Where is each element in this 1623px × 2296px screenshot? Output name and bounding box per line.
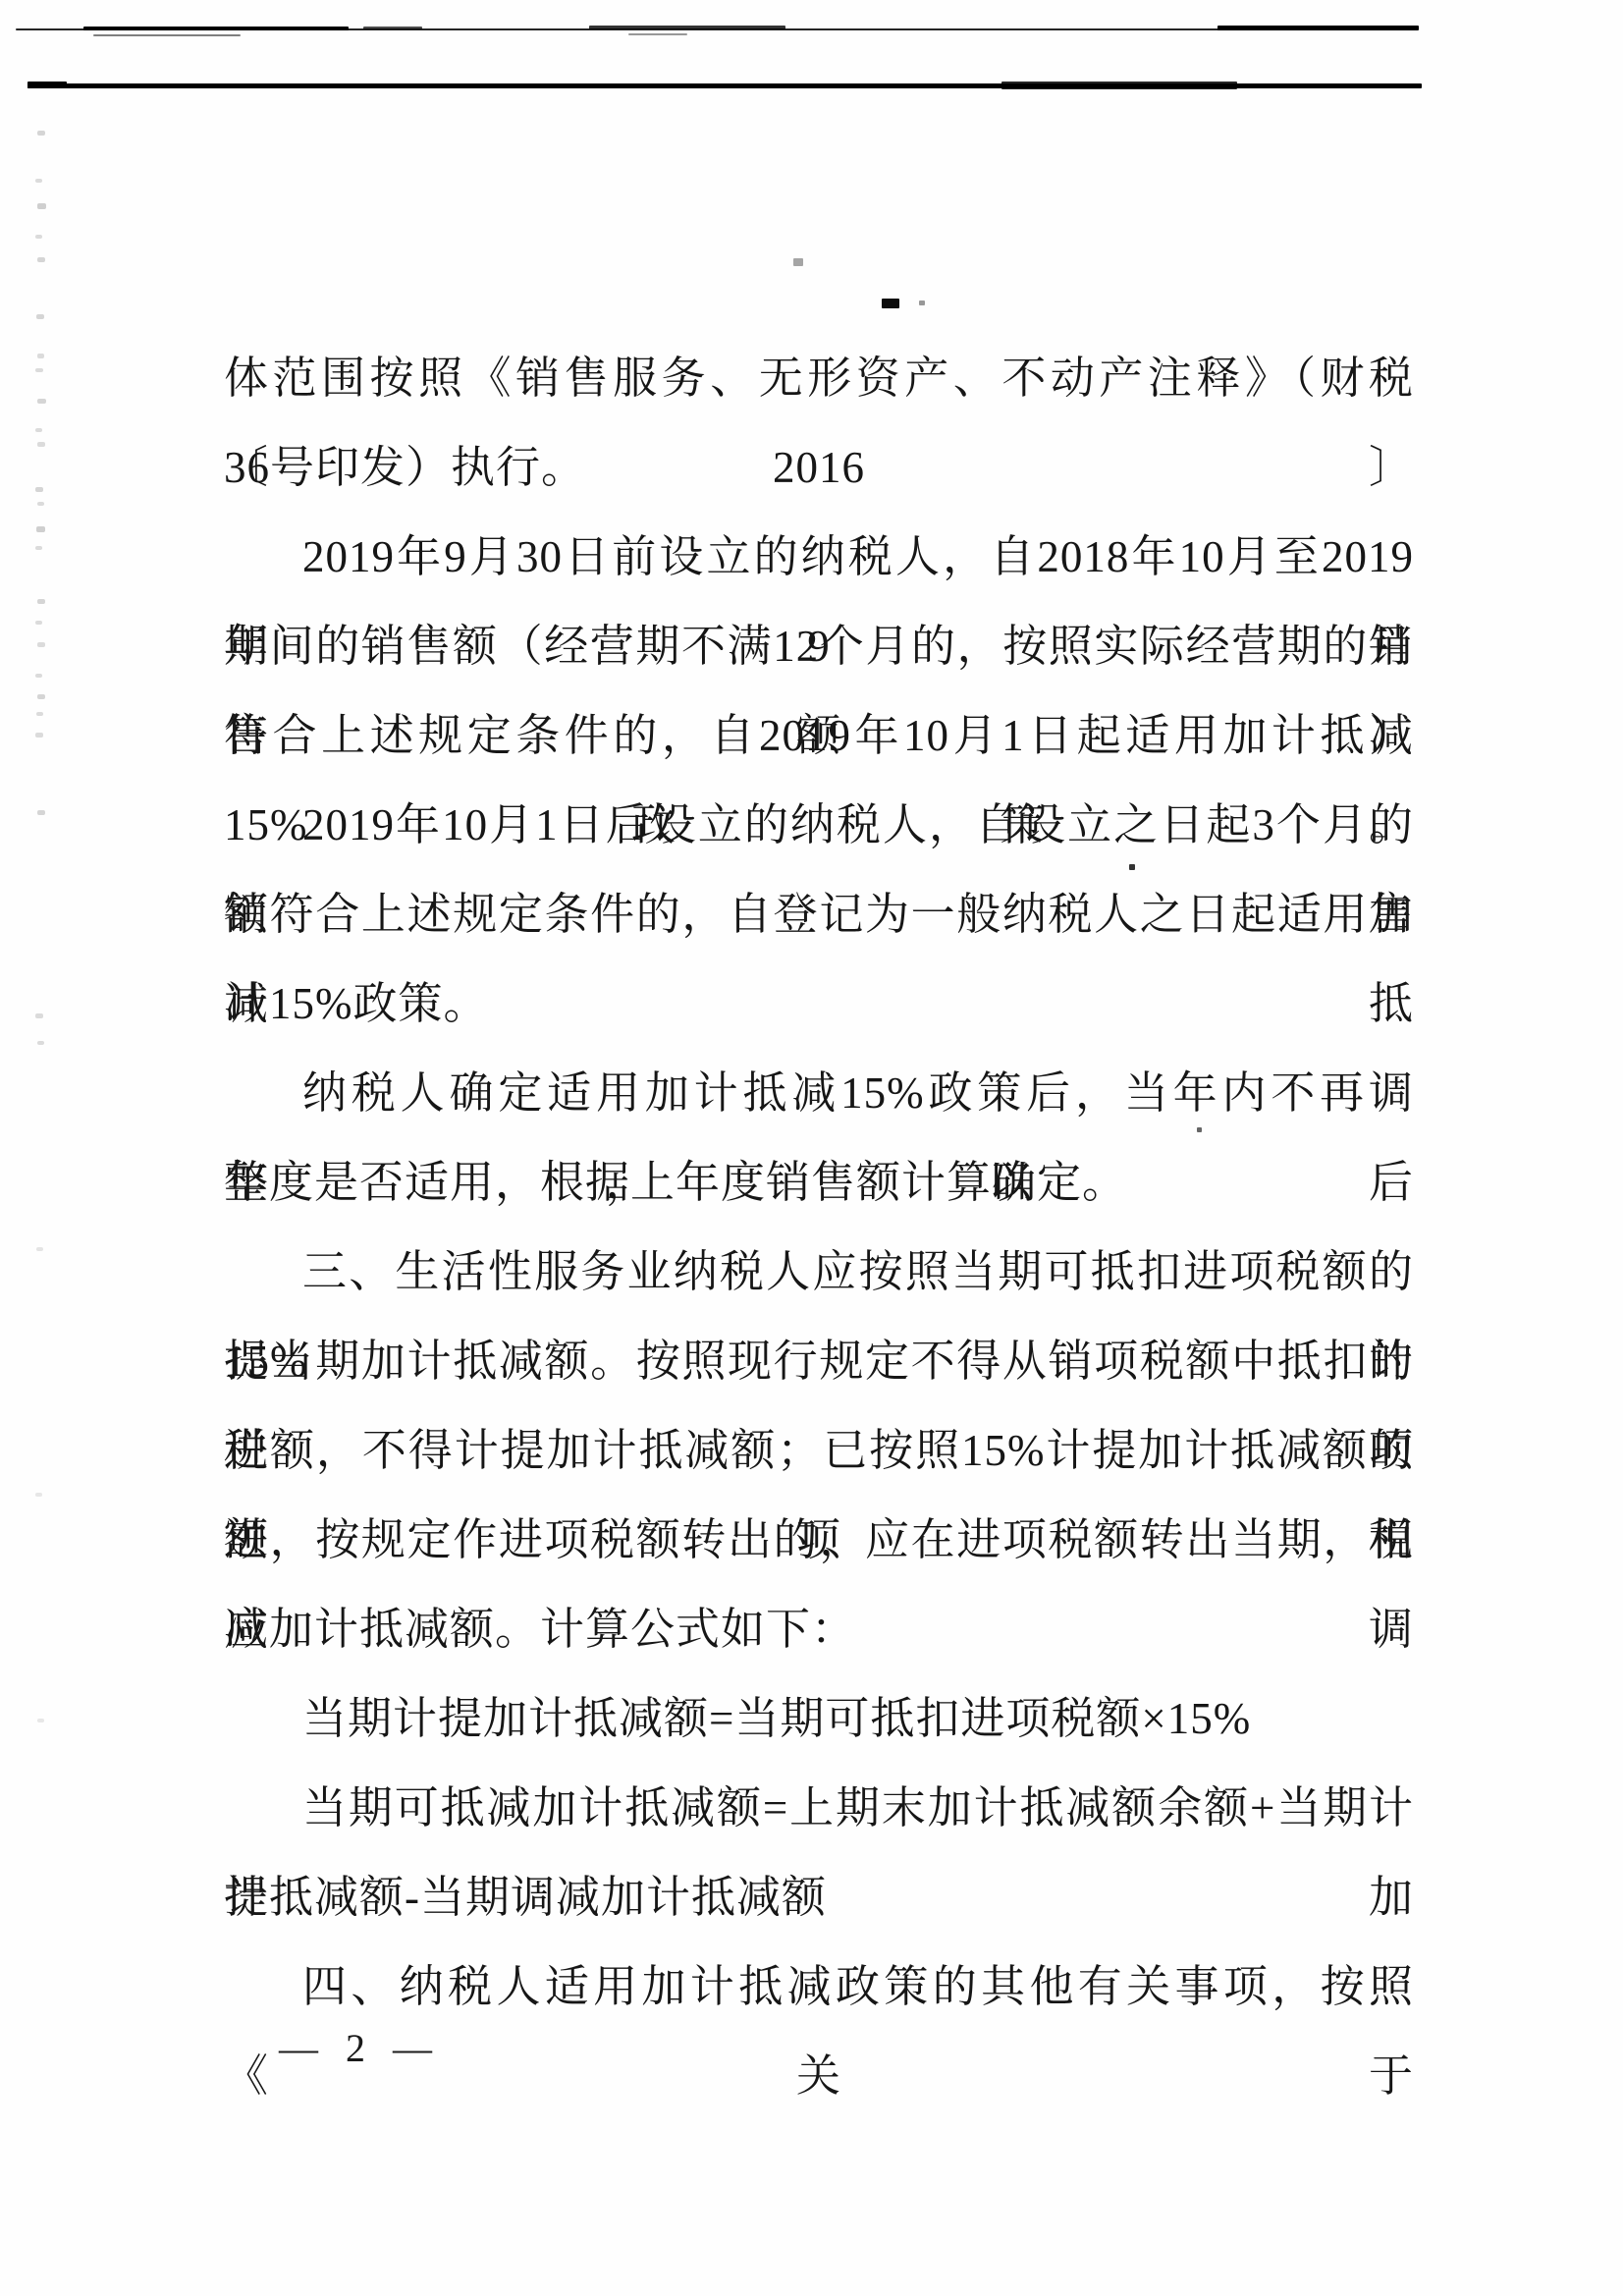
margin-speck xyxy=(36,314,44,319)
scan-artifact-line xyxy=(27,82,67,88)
margin-speck xyxy=(35,368,43,372)
margin-speck xyxy=(37,810,45,815)
document-body: 体范围按照《销售服务、无形资产、不动产注释》（财税〔2016〕36号印发）执行。… xyxy=(224,334,1414,2032)
document-line: 额，按规定作进项税额转出的，应在进项税额转出当期，相应调 xyxy=(224,1496,1414,1585)
margin-speck xyxy=(37,694,45,699)
ink-dot xyxy=(882,299,899,308)
margin-speck xyxy=(35,428,42,432)
document-line: 期间的销售额（经营期不满12个月的，按照实际经营期的销售额） xyxy=(224,602,1414,691)
margin-speck xyxy=(35,1493,42,1497)
document-line: 纳税人确定适用加计抵减15%政策后，当年内不再调整，以后 xyxy=(224,1049,1414,1138)
margin-speck xyxy=(37,502,44,506)
margin-speck xyxy=(35,179,42,183)
margin-speck xyxy=(36,526,45,532)
margin-speck xyxy=(37,399,46,404)
margin-speck xyxy=(37,203,46,209)
margin-speck xyxy=(35,733,43,738)
scan-artifact-line xyxy=(363,27,422,29)
scanned-document-page: 体范围按照《销售服务、无形资产、不动产注释》（财税〔2016〕36号印发）执行。… xyxy=(0,0,1623,2296)
document-line: 符合上述规定条件的，自2019年10月1日起适用加计抵减15%政策。 xyxy=(224,691,1414,781)
margin-speck xyxy=(36,712,43,716)
margin-speck xyxy=(37,1719,44,1722)
margin-speck xyxy=(35,235,42,239)
document-line: 提当期加计抵减额。按照现行规定不得从销项税额中抵扣的进项 xyxy=(224,1317,1414,1406)
margin-speck xyxy=(35,1013,43,1018)
scan-artifact-line xyxy=(628,33,687,35)
margin-speck xyxy=(37,257,45,262)
margin-speck xyxy=(37,442,45,447)
document-line: 当期计提加计抵减额=当期可抵扣进项税额×15% xyxy=(224,1674,1414,1764)
scan-artifact-line xyxy=(83,27,349,30)
margin-speck xyxy=(37,354,44,358)
ink-dot xyxy=(793,258,803,266)
page-number-footer: — 2 — xyxy=(279,2025,441,2071)
document-line: 四、纳税人适用加计抵减政策的其他有关事项，按照《关于 xyxy=(224,1942,1414,2032)
margin-speck xyxy=(37,599,45,604)
margin-speck xyxy=(35,546,42,550)
document-line: 三、生活性服务业纳税人应按照当期可抵扣进项税额的15%计 xyxy=(224,1228,1414,1317)
margin-speck xyxy=(37,1041,44,1045)
document-line: 当期可抵减加计抵减额=上期末加计抵减额余额+当期计提加 xyxy=(224,1764,1414,1853)
scan-artifact-line xyxy=(589,26,785,29)
document-line: 2019年9月30日前设立的纳税人，自2018年10月至2019年9月 xyxy=(224,513,1414,602)
document-line: 2019年10月1日后设立的纳税人，自设立之日起3个月的销售 xyxy=(224,781,1414,870)
margin-speck xyxy=(37,642,45,647)
margin-speck xyxy=(35,621,42,625)
scan-artifact-line xyxy=(1217,26,1419,30)
scan-artifact-line xyxy=(1001,82,1237,89)
scan-artifact-line xyxy=(93,34,241,36)
document-line: 额符合上述规定条件的，自登记为一般纳税人之日起适用加计抵 xyxy=(224,870,1414,959)
document-line: 税额，不得计提加计抵减额；已按照15%计提加计抵减额的进项税 xyxy=(224,1406,1414,1496)
ink-dot xyxy=(919,301,925,305)
document-line: 体范围按照《销售服务、无形资产、不动产注释》（财税〔2016〕 xyxy=(224,334,1414,423)
margin-speck xyxy=(35,674,42,678)
margin-speck xyxy=(36,1247,43,1251)
margin-speck xyxy=(35,487,43,492)
margin-speck xyxy=(37,131,45,136)
